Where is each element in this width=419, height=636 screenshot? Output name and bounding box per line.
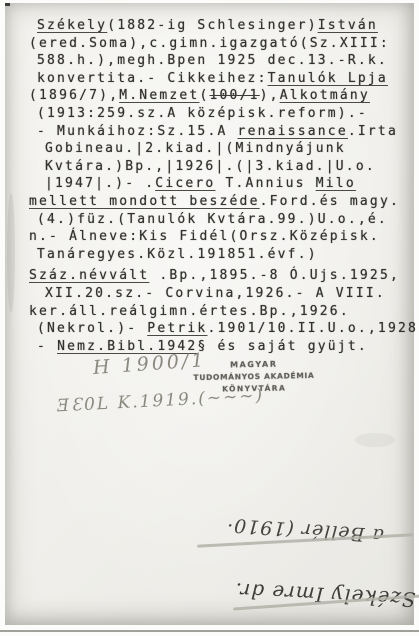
- scan-edge-line: [0, 630, 419, 632]
- typed-line: Gobineau.|2.kiad.|(Mindnyájunk: [29, 140, 418, 158]
- underlined-text: renaissance: [238, 124, 348, 139]
- catalog-card: Székely(1882-ig Schlesinger)István(ered.…: [5, 3, 414, 625]
- text-segment: (ered.Soma),c.gimn.igazgató(Sz.XIII:: [29, 36, 390, 51]
- typed-line: (Nekrol.)- Petrik.1901/10.II.U.o.,1928: [29, 320, 418, 338]
- text-segment: n.- Álneve:Kis Fidél(Orsz.Középisk.: [29, 229, 380, 244]
- text-segment: (1882-ig Schlesinger): [107, 18, 318, 33]
- text-segment: .1901/10.II.U.o.,1928: [207, 321, 418, 336]
- text-segment: .Irta: [348, 124, 398, 139]
- typed-line: Száz.névvált .Bp.,1895.-8 Ó.Ujs.1925,: [29, 267, 418, 285]
- typed-line: (4.)füz.(Tanulók Kvtára.99.)U.o.,é.: [29, 211, 418, 229]
- underlined-text: mellett mondott beszéde: [29, 194, 260, 209]
- underlined-text: M.Nemzet: [119, 88, 199, 103]
- text-segment: konvertita.- Cikkeihez:: [37, 71, 268, 86]
- typed-line: konvertita.- Cikkeihez:Tanulók Lpja: [29, 70, 418, 88]
- scan-artifact-speck: [5, 3, 10, 6]
- underlined-text: Cicero: [155, 176, 215, 191]
- typed-line: 588.h.),megh.Bpen 1925 dec.13.-R.k.: [29, 52, 418, 70]
- typed-line: (ered.Soma),c.gimn.igazgató(Sz.XIII:: [29, 35, 418, 53]
- text-segment: .Bp.,1895.-8 Ó.Ujs.1925,: [149, 268, 400, 283]
- typed-line: Kvtára.)Bp.,|1926|.(|3.kiad.|U.o.: [29, 158, 418, 176]
- text-segment: (1896/7),: [29, 88, 119, 103]
- typed-line: (1896/7),M.Nemzet(100/1),Alkotmány: [29, 87, 418, 105]
- underlined-text: Alkotmány: [280, 88, 370, 103]
- typed-line: (1913:259.sz.A középisk.reform).-: [29, 105, 418, 123]
- underlined-text: Milo: [316, 176, 356, 191]
- text-segment: Tanáregyes.Közl.191851.évf.): [37, 247, 318, 262]
- typed-block: Székely(1882-ig Schlesinger)István(ered.…: [29, 17, 418, 263]
- text-segment: -: [37, 339, 57, 354]
- struck-text: 100/1: [210, 88, 260, 103]
- text-segment: Gobineau.|2.kiad.|(Mindnyájunk: [45, 141, 346, 156]
- scan-artifact-smudge: [7, 193, 15, 313]
- typed-line: - Nemz.Bibl.1942§ és saját gyüjt.: [29, 338, 418, 356]
- text-segment: (Nekrol.)-: [37, 321, 147, 336]
- text-segment: 588.h.),megh.Bpen 1925 dec.13.-R.k.: [37, 53, 388, 68]
- text-segment: T.Annius: [215, 176, 315, 191]
- scan-artifact-smudge: [355, 433, 395, 447]
- text-segment: .Ford.és magy.: [260, 194, 400, 209]
- typed-line: Tanáregyes.Közl.191851.évf.): [29, 246, 418, 264]
- text-segment: XII.20.sz.- Corvina,1926.- A VIII.: [45, 286, 386, 301]
- text-segment: § és saját gyüjt.: [197, 339, 367, 354]
- typed-line: |1947|.)- .Cicero T.Annius Milo: [29, 175, 418, 193]
- text-segment: - Munkáihoz:Sz.15.A: [37, 124, 238, 139]
- text-segment: (: [199, 88, 209, 103]
- typed-line: XII.20.sz.- Corvina,1926.- A VIII.: [29, 285, 418, 303]
- handwritten-pencil-shelfmark-note: ƎƐ0L K.1919.(∼∼∼): [57, 386, 265, 417]
- typed-line: Székely(1882-ig Schlesinger)István: [29, 17, 418, 35]
- stamp-line-1: MAGYAR: [173, 359, 335, 371]
- underlined-text: István: [318, 18, 378, 33]
- underlined-text: Székely: [37, 18, 107, 33]
- underlined-text: Tanulók Lpja: [268, 71, 388, 86]
- typed-line: mellett mondott beszéde.Ford.és magy.: [29, 193, 418, 211]
- text-segment: |1947|.)- .: [45, 176, 155, 191]
- typed-text: Székely(1882-ig Schlesinger)István(ered.…: [29, 17, 418, 355]
- text-segment: ),: [260, 88, 280, 103]
- stamp-line-2: TUDOMÁNYOS AKADÉMIA: [173, 371, 335, 383]
- typed-line: ker.áll.reálgimn.értes.Bp.,1926.: [29, 303, 418, 321]
- text-segment: (1913:259.sz.A középisk.reform).-: [37, 106, 368, 121]
- text-segment: (4.)füz.(Tanulók Kvtára.99.)U.o.,é.: [37, 212, 388, 227]
- typed-block: Száz.névvált .Bp.,1895.-8 Ó.Ujs.1925,XII…: [29, 267, 418, 355]
- scanned-catalog-card-page: Székely(1882-ig Schlesinger)István(ered.…: [0, 0, 419, 636]
- underlined-text: Petrik: [147, 321, 207, 336]
- text-segment: ker.áll.reálgimn.értes.Bp.,1926.: [29, 304, 350, 319]
- text-segment: Kvtára.)Bp.,|1926|.(|3.kiad.|U.o.: [45, 159, 376, 174]
- underlined-text: Száz.névvált: [29, 268, 149, 283]
- typed-line: n.- Álneve:Kis Fidél(Orsz.Középisk.: [29, 228, 418, 246]
- typed-line: - Munkáihoz:Sz.15.A renaissance.Irta: [29, 123, 418, 141]
